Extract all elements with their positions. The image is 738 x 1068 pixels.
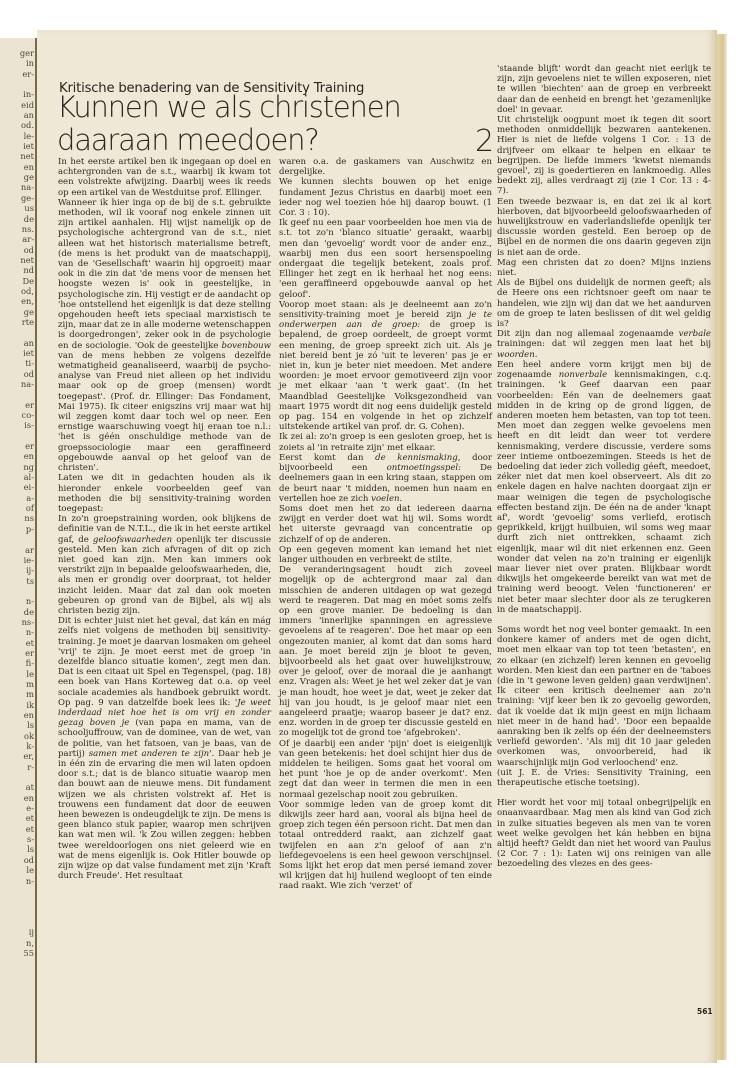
page-number: 561 xyxy=(697,1007,713,1016)
article-paragraph: Voor sommige leden van de groep komt dit… xyxy=(279,800,492,892)
article-paragraph: Een heel andere vorm krijgt men bij de z… xyxy=(497,360,711,615)
article-paragraph: Soms wordt het nog veel bonter gemaakt. … xyxy=(497,625,711,768)
article-paragraph: Op een gegeven moment kan iemand het nie… xyxy=(279,545,492,565)
article-paragraph: Mag een christen dat zo doen? Mijns inzi… xyxy=(497,258,711,278)
previous-page-edge: ger in er- in- eid an od. le- iet net en… xyxy=(0,38,36,1063)
article-paragraph: De veranderingsagent houdt zich zoveel m… xyxy=(279,565,492,738)
article-paragraph: Soms doet men het zo dat iedereen daarna… xyxy=(279,504,492,545)
article-paragraph: Ik geef nu een paar voorbeelden hoe men … xyxy=(279,218,492,300)
article-paragraph: Dit zijn dan nog allemaal zogenaamde ver… xyxy=(497,329,711,360)
article-paragraph: 'staande blijft' wordt dan geacht niet e… xyxy=(497,64,711,115)
article-paragraph: Of je daarbij een ander 'pijn' doet is e… xyxy=(279,739,492,800)
text-column-1: In het eerste artikel ben ik ingegaan op… xyxy=(58,157,271,881)
article-paragraph: In het eerste artikel ben ik ingegaan op… xyxy=(58,157,271,198)
article-paragraph: Een tweede bezwaar is, en dat zei ik al … xyxy=(497,197,711,258)
article-paragraph: Als de Bijbel ons duidelijk de normen ge… xyxy=(497,278,711,329)
article-paragraph: Ik zei al: zo'n groep is een gesloten gr… xyxy=(279,432,492,452)
article-title-line: Kunnen we als christenen xyxy=(57,91,497,124)
article-paragraph: Voorop moet staan: als je deelneemt aan … xyxy=(279,300,492,433)
article-paragraph: In zo'n groepstraining worden, ook blijk… xyxy=(58,514,271,616)
article-paragraph: Dit is echter juist niet het geval, dat … xyxy=(58,616,271,881)
article-paragraph: Eerst komt dan de kennismaking, door bij… xyxy=(279,453,492,504)
article-title-line: daaraan meedoen? xyxy=(57,124,497,157)
article-paragraph: Laten we dit in gedachten houden als ik … xyxy=(58,473,271,514)
article-paragraph: Wanneer ik hier inga op de bij de s.t. g… xyxy=(58,198,271,473)
article-paragraph: Hier wordt het voor mij totaal onbegrijp… xyxy=(497,798,711,869)
article-title: Kunnen we als christenen daaraan meedoen… xyxy=(57,91,497,157)
previous-page-text-fragments: ger in er- in- eid an od. le- iet net en… xyxy=(0,48,34,958)
article-paragraph: Uit christelijk oogpunt moet ik tegen di… xyxy=(497,115,711,197)
page-edge xyxy=(717,34,727,1060)
article-paragraph: waren o.a. de gaskamers van Auschwitz en… xyxy=(279,157,492,177)
text-column-3: 'staande blijft' wordt dan geacht niet e… xyxy=(497,64,711,870)
article-paragraph: (uit J. E. de Vries: Sensitivity Trainin… xyxy=(497,768,711,788)
article-part-number: 2 xyxy=(475,124,494,159)
text-column-2: waren o.a. de gaskamers van Auschwitz en… xyxy=(279,157,492,892)
article-paragraph: We kunnen slechts bouwen op het enige fu… xyxy=(279,177,492,218)
